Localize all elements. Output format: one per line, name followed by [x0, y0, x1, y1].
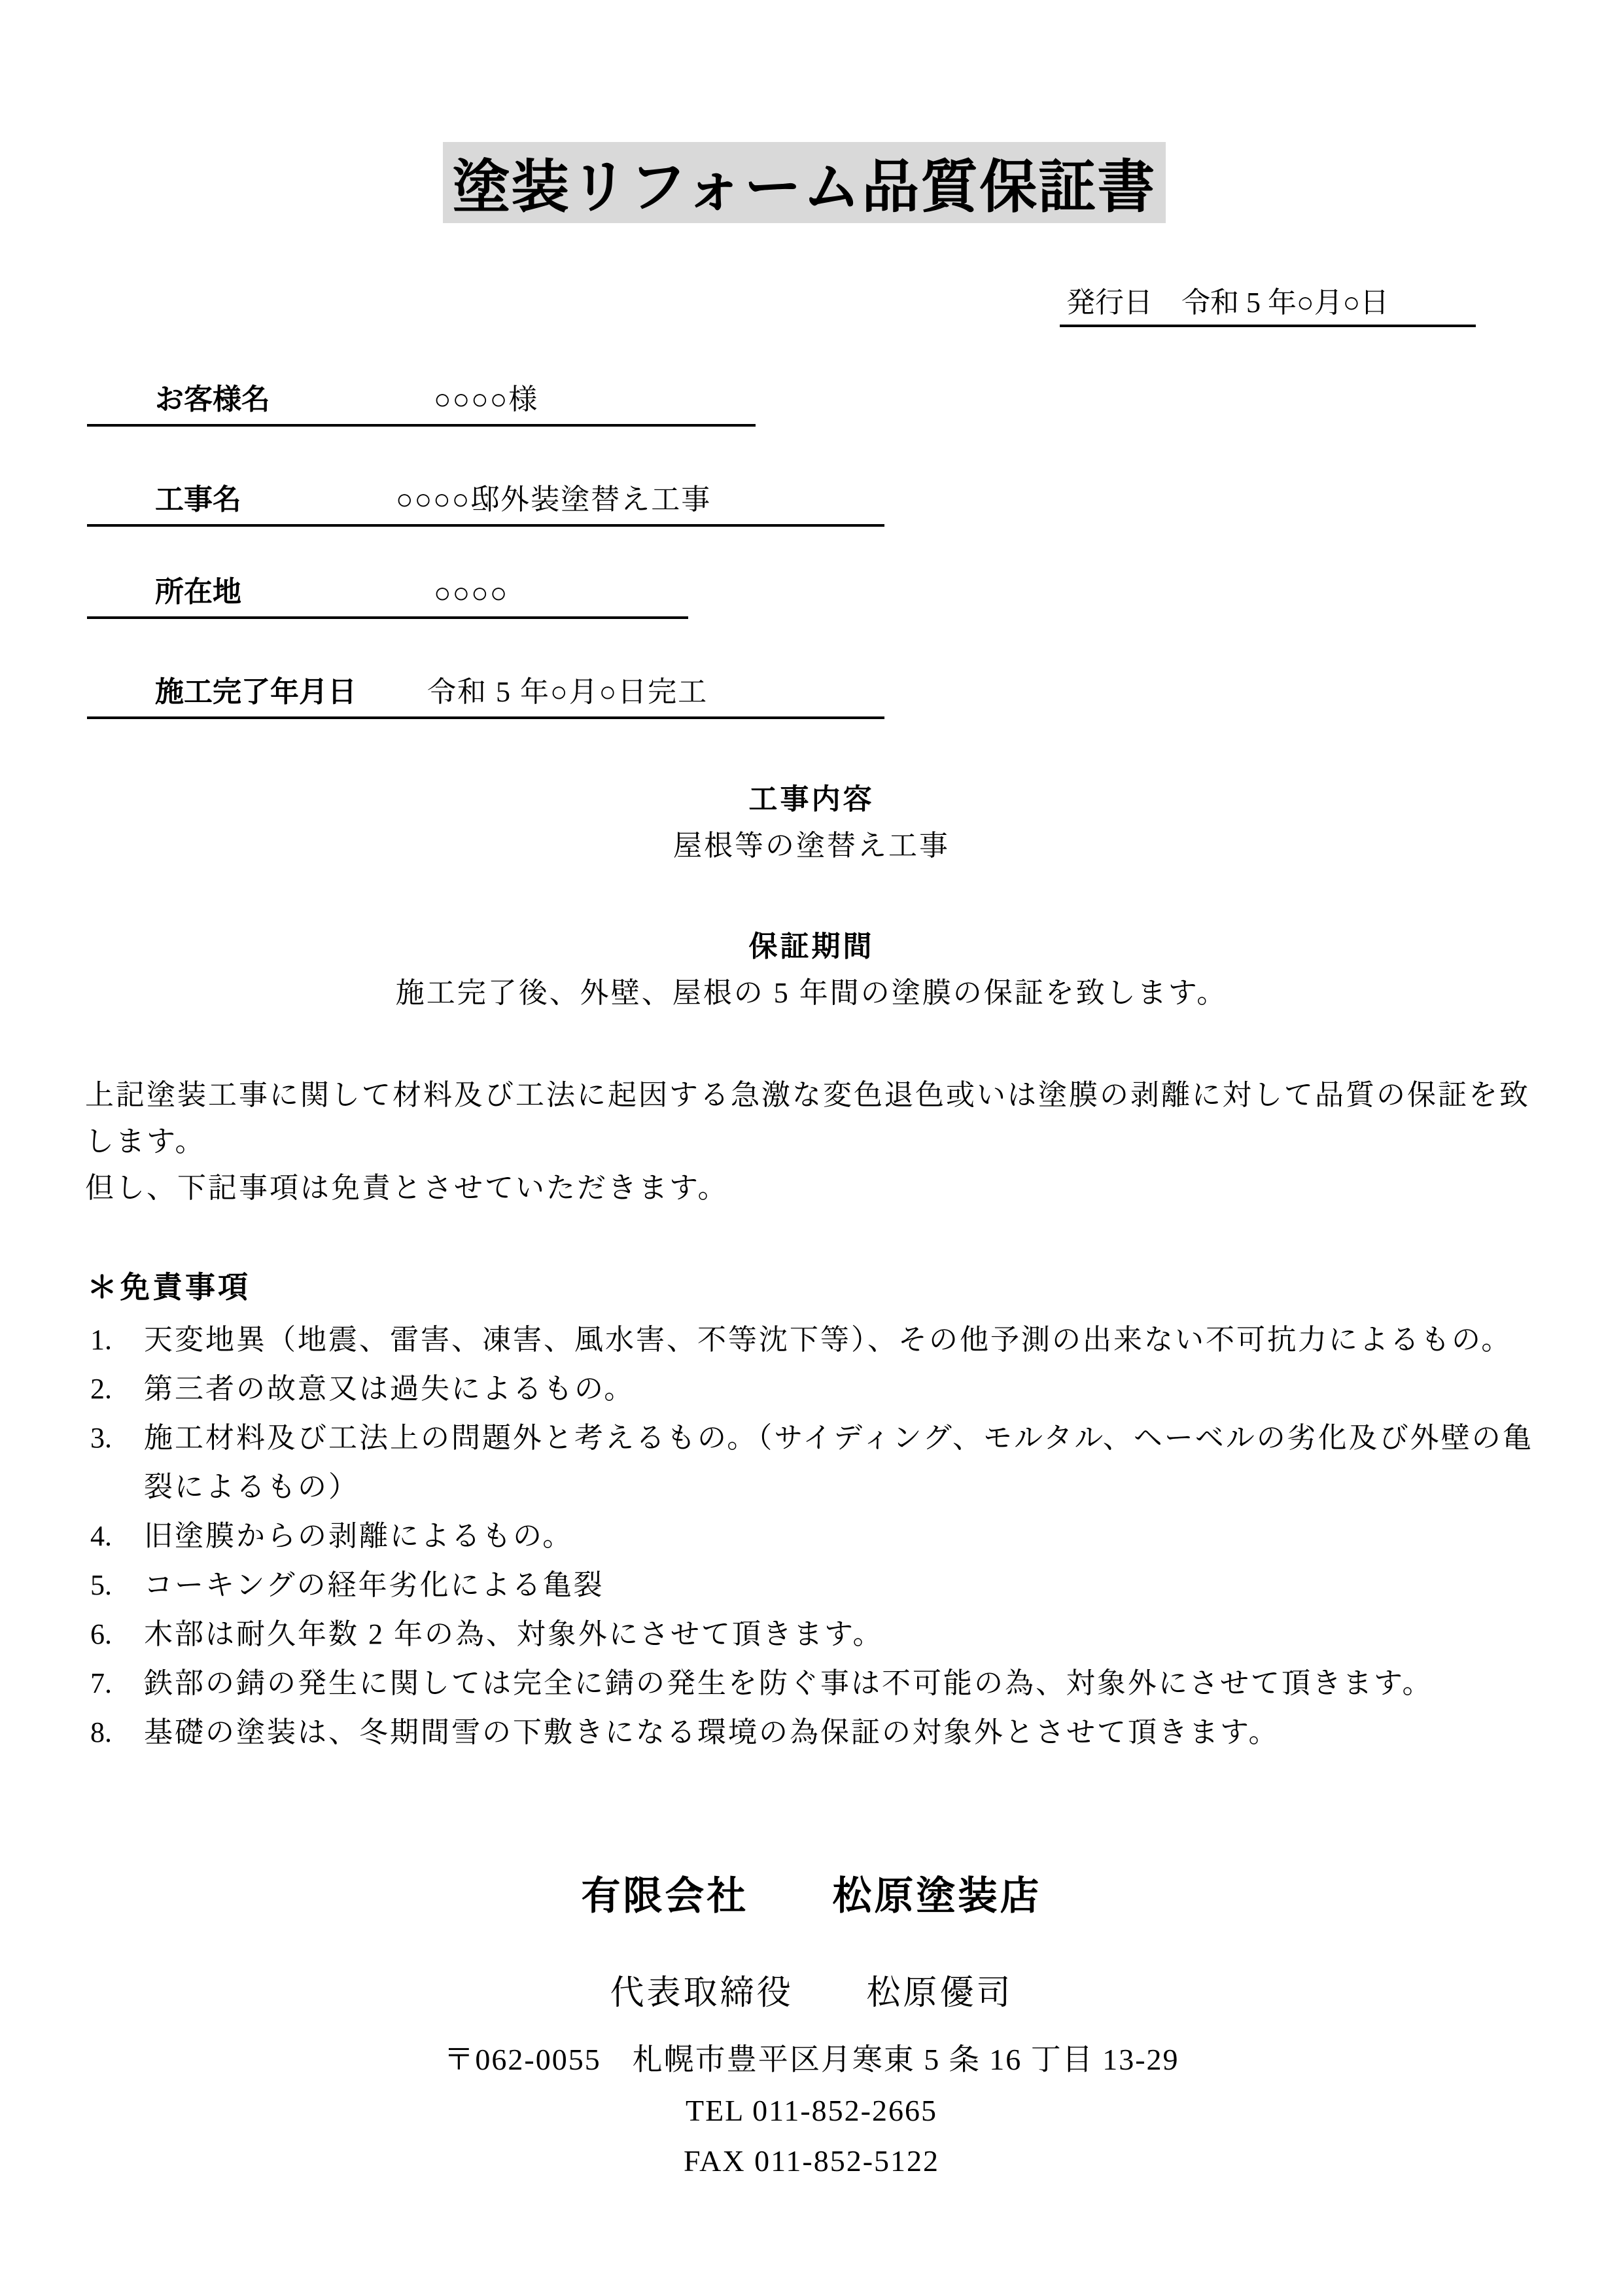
exemption-item-number: 6.: [90, 1610, 112, 1659]
exemption-item-text: 木部は耐久年数 2 年の為、対象外にさせて頂きます。: [144, 1618, 883, 1650]
warranty-document-page: 塗装リフォーム品質保証書 発行日 令和 5 年○月○日 お客様名 ○○○○様 工…: [0, 0, 1623, 2296]
company-tel: TEL 011-852-2665: [0, 2093, 1623, 2129]
field-location: 所在地 ○○○○: [87, 571, 688, 619]
guarantee-paragraph-block: 上記塗装工事に関して材料及び工法に起因する急激な変色退色或いは塗膜の剥離に対して…: [85, 1072, 1540, 1211]
exemption-item: 5. コーキングの経年劣化による亀裂: [87, 1561, 1540, 1610]
work-content-detail: 屋根等の塗替え工事: [0, 829, 1623, 863]
field-work-name-value: ○○○○邸外装塗替え工事: [396, 476, 711, 518]
field-location-value: ○○○○: [434, 576, 508, 610]
exemption-notice-paragraph: 但し、下記事項は免責とさせていただきます。: [85, 1165, 1540, 1211]
exemption-item-text: 天変地異（地震、雷害、凍害、風水害、不等沈下等）、その他予測の出来ない不可抗力に…: [144, 1324, 1512, 1356]
issue-date-line: 発行日 令和 5 年○月○日: [1060, 287, 1476, 327]
field-customer-name: お客様名 ○○○○様: [87, 378, 756, 427]
field-location-label: 所在地: [155, 568, 241, 610]
company-fax: FAX 011-852-5122: [0, 2143, 1623, 2180]
exemptions-heading: ＊免責事項: [87, 1270, 251, 1304]
field-completion-date-value: 令和 5 年○月○日完工: [427, 668, 708, 710]
exemptions-list: 1. 天変地異（地震、雷害、凍害、風水害、不等沈下等）、その他予測の出来ない不可…: [87, 1315, 1540, 1757]
exemption-item-text: 基礎の塗装は、冬期間雪の下敷きになる環境の為保証の対象外とさせて頂きます。: [144, 1716, 1279, 1748]
document-title: 塗装リフォーム品質保証書: [453, 141, 1157, 224]
exemption-item-number: 3.: [90, 1413, 112, 1462]
exemption-item-number: 7.: [90, 1659, 112, 1708]
exemption-item-number: 5.: [90, 1561, 112, 1610]
work-content-heading: 工事内容: [0, 783, 1623, 817]
exemption-item: 3. 施工材料及び工法上の問題外と考えるもの。（サイディング、モルタル、ヘーベル…: [87, 1413, 1540, 1511]
exemption-item: 6. 木部は耐久年数 2 年の為、対象外にさせて頂きます。: [87, 1610, 1540, 1659]
field-completion-date-label: 施工完了年月日: [155, 668, 357, 710]
warranty-period-detail: 施工完了後、外壁、屋根の 5 年間の塗膜の保証を致します。: [0, 976, 1623, 1010]
field-work-name-label: 工事名: [155, 476, 241, 518]
exemption-item: 8. 基礎の塗装は、冬期間雪の下敷きになる環境の為保証の対象外とさせて頂きます。: [87, 1708, 1540, 1757]
exemption-item-text: 第三者の故意又は過失によるもの。: [144, 1373, 635, 1405]
representative-name: 代表取締役 松原優司: [0, 1973, 1623, 2014]
exemption-item-text: コーキングの経年劣化による亀裂: [144, 1569, 604, 1601]
exemption-item: 7. 鉄部の錆の発生に関しては完全に錆の発生を防ぐ事は不可能の為、対象外にさせて…: [87, 1659, 1540, 1708]
company-name: 有限会社 松原塗装店: [0, 1873, 1623, 1920]
exemption-item-number: 4.: [90, 1511, 112, 1561]
exemption-item-text: 施工材料及び工法上の問題外と考えるもの。（サイディング、モルタル、ヘーベルの劣化…: [144, 1422, 1533, 1503]
guarantee-paragraph: 上記塗装工事に関して材料及び工法に起因する急激な変色退色或いは塗膜の剥離に対して…: [85, 1072, 1540, 1165]
exemption-item: 1. 天変地異（地震、雷害、凍害、風水害、不等沈下等）、その他予測の出来ない不可…: [87, 1315, 1540, 1364]
exemption-item-number: 2.: [90, 1364, 112, 1413]
exemption-item-text: 旧塗膜からの剥離によるもの。: [144, 1520, 573, 1552]
exemption-item-number: 8.: [90, 1708, 112, 1757]
warranty-period-heading: 保証期間: [0, 930, 1623, 964]
exemption-item: 2. 第三者の故意又は過失によるもの。: [87, 1364, 1540, 1413]
exemption-item: 4. 旧塗膜からの剥離によるもの。: [87, 1511, 1540, 1561]
exemption-item-text: 鉄部の錆の発生に関しては完全に錆の発生を防ぐ事は不可能の為、対象外にさせて頂きま…: [144, 1667, 1433, 1699]
document-title-highlight: 塗装リフォーム品質保証書: [443, 142, 1166, 223]
field-work-name: 工事名 ○○○○邸外装塗替え工事: [87, 478, 884, 527]
company-address: 〒062-0055 札幌市豊平区月寒東 5 条 16 丁目 13-29: [0, 2041, 1623, 2078]
field-completion-date: 施工完了年月日 令和 5 年○月○日完工: [87, 671, 884, 719]
field-customer-name-value: ○○○○様: [434, 376, 538, 417]
exemption-item-number: 1.: [90, 1315, 112, 1364]
field-customer-name-label: お客様名: [155, 376, 270, 417]
